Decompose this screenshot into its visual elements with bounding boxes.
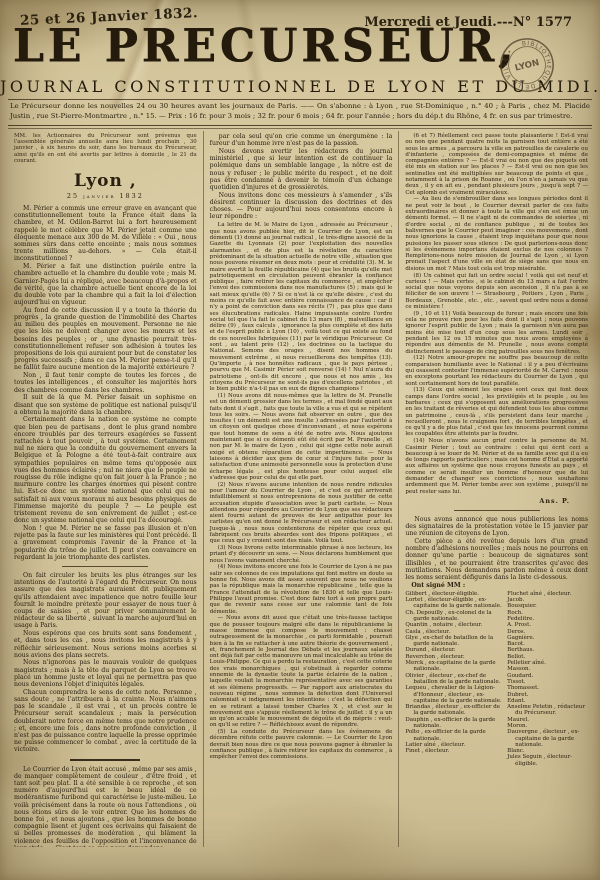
signer-name: Dauvergne , électeur , ex-capitaine de l… [507,729,588,748]
editorial-note: (1) Nous avons dit nous-mêmes que la let… [210,393,393,481]
column-middle: par cela seul qu'on crie comme un énergu… [203,131,399,847]
announcement-paragraph: Cette pièce a été revêtue depuis lors d'… [405,538,588,581]
divider-rule [454,510,540,511]
editorial-note: (2) Nous n'avons aucune intention de nou… [210,482,393,545]
stamp-center-text: LYON [514,58,541,74]
section-heading-lyon: Lyon , [14,171,197,191]
masthead-subtitle: JOURNAL CONSTITUTIONNEL DE LYON ET DU MI… [0,77,600,96]
article-block: M. Périer a commis une erreur grave en a… [14,205,197,561]
editorial-note: (4) Nous invitons encore une fois le Cou… [210,564,393,614]
signer-name: Merck , ex-capitaine de la garde nationa… [405,660,504,673]
article-block: On fait circuler les bruits les plus étr… [14,572,197,754]
article-block: Le Courrier de Lyon était accusé , même … [14,766,197,847]
article-paragraph: Nous n'ignorons pas le mauvais vouloir d… [14,659,197,688]
section-date: 25 janvier 1832 [14,192,197,200]
quote-block: La lettre de M. le Maire de Lyon , adres… [210,222,393,392]
column-right: (6 et 7) Réellement ceci passe toute pla… [398,131,594,847]
column-left: MM. les Actionnaires du Précurseur sont … [8,131,203,847]
divider-rule-thick [70,759,140,761]
signer-name: Briandas , électeur , ex-officier de la … [405,704,504,717]
editorial-note: — Nous avons dit aussi que c'était une t… [210,615,393,728]
signer-name: Dauphin , ex-officier de la garde nation… [405,717,504,730]
article-columns: MM. les Actionnaires du Précurseur sont … [8,131,594,847]
article-block: par cela seul qu'on crie comme un énergu… [210,133,393,220]
shareholders-notice: MM. les Actionnaires du Précurseur sont … [14,133,197,164]
article-paragraph: Nous invitons donc ces messieurs à s'ame… [210,192,393,221]
article-paragraph: Le Courrier de Lyon était accusé , même … [14,766,197,847]
editorial-note: (6 et 7) Réellement ceci passe toute pla… [405,133,588,196]
signers-list: Gilibert , électeur-éligible.Lortet , él… [405,591,588,767]
signer-name: Jules Seguin , électeur-éligible. [507,754,588,767]
subscription-line: Le Précurseur donne les nouvelles 24 ou … [10,102,590,121]
editorial-note: (12) Notre amour-propre ne souffre pas b… [405,355,588,386]
divider-rule [62,566,148,567]
masthead-double-rule [8,125,592,129]
signers-list-left: Gilibert , électeur-éligible.Lortet , él… [405,591,507,767]
editorial-notes: (6 et 7) Réellement ceci passe toute pla… [405,133,588,495]
article-paragraph: Non , il faut tenir compte de toutes les… [14,372,197,394]
article-paragraph: M. Périer a commis une erreur grave en a… [14,205,197,263]
article-paragraph: Nous espérons que ces bruits sont sans f… [14,630,197,659]
editorial-note: (8) Un cabinet qui fait un ordre social … [405,273,588,311]
quoted-letter: La lettre de M. le Maire de Lyon , adres… [210,222,393,392]
article-paragraph: Non ! que M. Périer ne se fasse pas illu… [14,525,197,561]
announcement-block: Nous avons annoncé que nous publierions … [405,516,588,581]
article-paragraph: Au fond de cette discussion il y a toute… [14,307,197,372]
editorial-note: — Au lieu de s'embrouiller dans ses long… [405,196,588,272]
article-paragraph: On fait circuler les bruits les plus étr… [14,572,197,630]
article-paragraph: M. Périer a fait une distinction puérile… [14,263,197,306]
signature-initials: Ans. P. [405,497,588,505]
signer-name: Lortet , électeur-éligible , ex-capitain… [405,597,504,610]
announcement-paragraph: Nous avons annoncé que nous publierions … [405,516,588,538]
signer-name: Polto , ex-officier de la garde national… [405,729,504,742]
editorial-note: (3) Nous livrons cette interminable phra… [210,545,393,564]
signer-name: Lequeu , chevalier de la Légion-d'Honneu… [405,685,504,704]
signers-intro: Ont signé MM : [405,582,588,590]
editorial-note: (5) La conduite du Précurseur dans les é… [210,729,393,760]
article-paragraph: Il suit de là que M. Périer faisait un s… [14,394,197,416]
signer-name: Finet , électeur. [405,748,504,754]
masthead-title: LE PRECURSEUR, [0,20,530,73]
article-paragraph: Chacun comprendra le sens de cette note.… [14,689,197,754]
signers-list-right: Fluchet aîné , électeur.Jacob.Bousquier.… [507,591,588,767]
signer-name: Glye , ex-chef de bataillon de la garde … [405,635,504,648]
editorial-note: (13) Ceux qui sèment les orages sont ceu… [405,387,588,437]
newspaper-page: 25 et 26 Janvier 1832. Mercredi et Jeudi… [0,0,600,880]
editorial-note: (9 , 10 et 11) Voilà beaucoup de fureur … [405,311,588,355]
signer-name: Anselme Petetin , rédacteur du Précurseu… [507,704,588,717]
editorial-notes: (1) Nous avons dit nous-mêmes que la let… [210,393,393,761]
article-paragraph: par cela seul qu'on crie comme un énergu… [210,133,393,147]
signer-name: Ch. Depouilly , ex-colonel de la garde n… [405,610,504,623]
article-paragraph: Nous devons avertir les rédacteurs du jo… [210,148,393,191]
editorial-note: (14) Nous n'avons aucun grief contre la … [405,438,588,495]
masthead-rule [8,99,592,100]
signer-name: Olivier , électeur , ex-chef de bataillo… [405,673,504,686]
article-paragraph: Certainement dans la nation ce système n… [14,416,197,524]
